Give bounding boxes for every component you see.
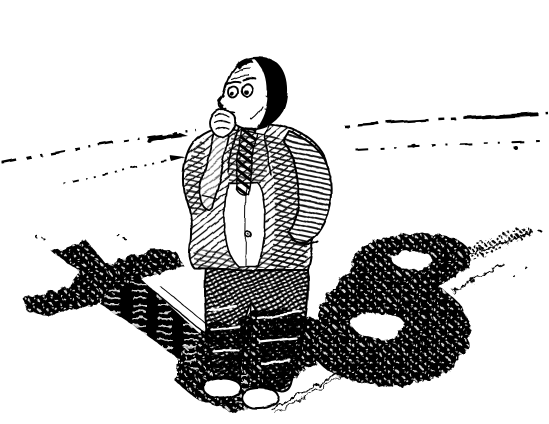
ink-speck: [43, 238, 45, 240]
shoe-right: [242, 388, 279, 408]
eye-left: [228, 86, 238, 98]
shoe-left: [204, 378, 241, 398]
crown-dot: [245, 63, 247, 65]
ink-speck: [513, 275, 515, 277]
vest-button-hole: [247, 233, 249, 235]
horizon-dot-right-2: [514, 146, 518, 150]
horizon-dot-left: [148, 139, 153, 144]
pupil-left: [230, 92, 234, 96]
ink-speck: [117, 234, 120, 237]
cartoon-illustration: [0, 0, 549, 424]
illustration-canvas: [0, 0, 549, 424]
ink-speck: [525, 267, 528, 270]
horizon-dot-right-1: [412, 144, 416, 148]
ink-speck: [538, 229, 541, 232]
fist-at-chin: [211, 110, 236, 137]
ink-speck: [125, 239, 127, 241]
ink-speck: [35, 235, 38, 238]
pupil-right: [244, 90, 249, 95]
nostril: [222, 105, 224, 107]
thumb-line: [221, 104, 222, 111]
